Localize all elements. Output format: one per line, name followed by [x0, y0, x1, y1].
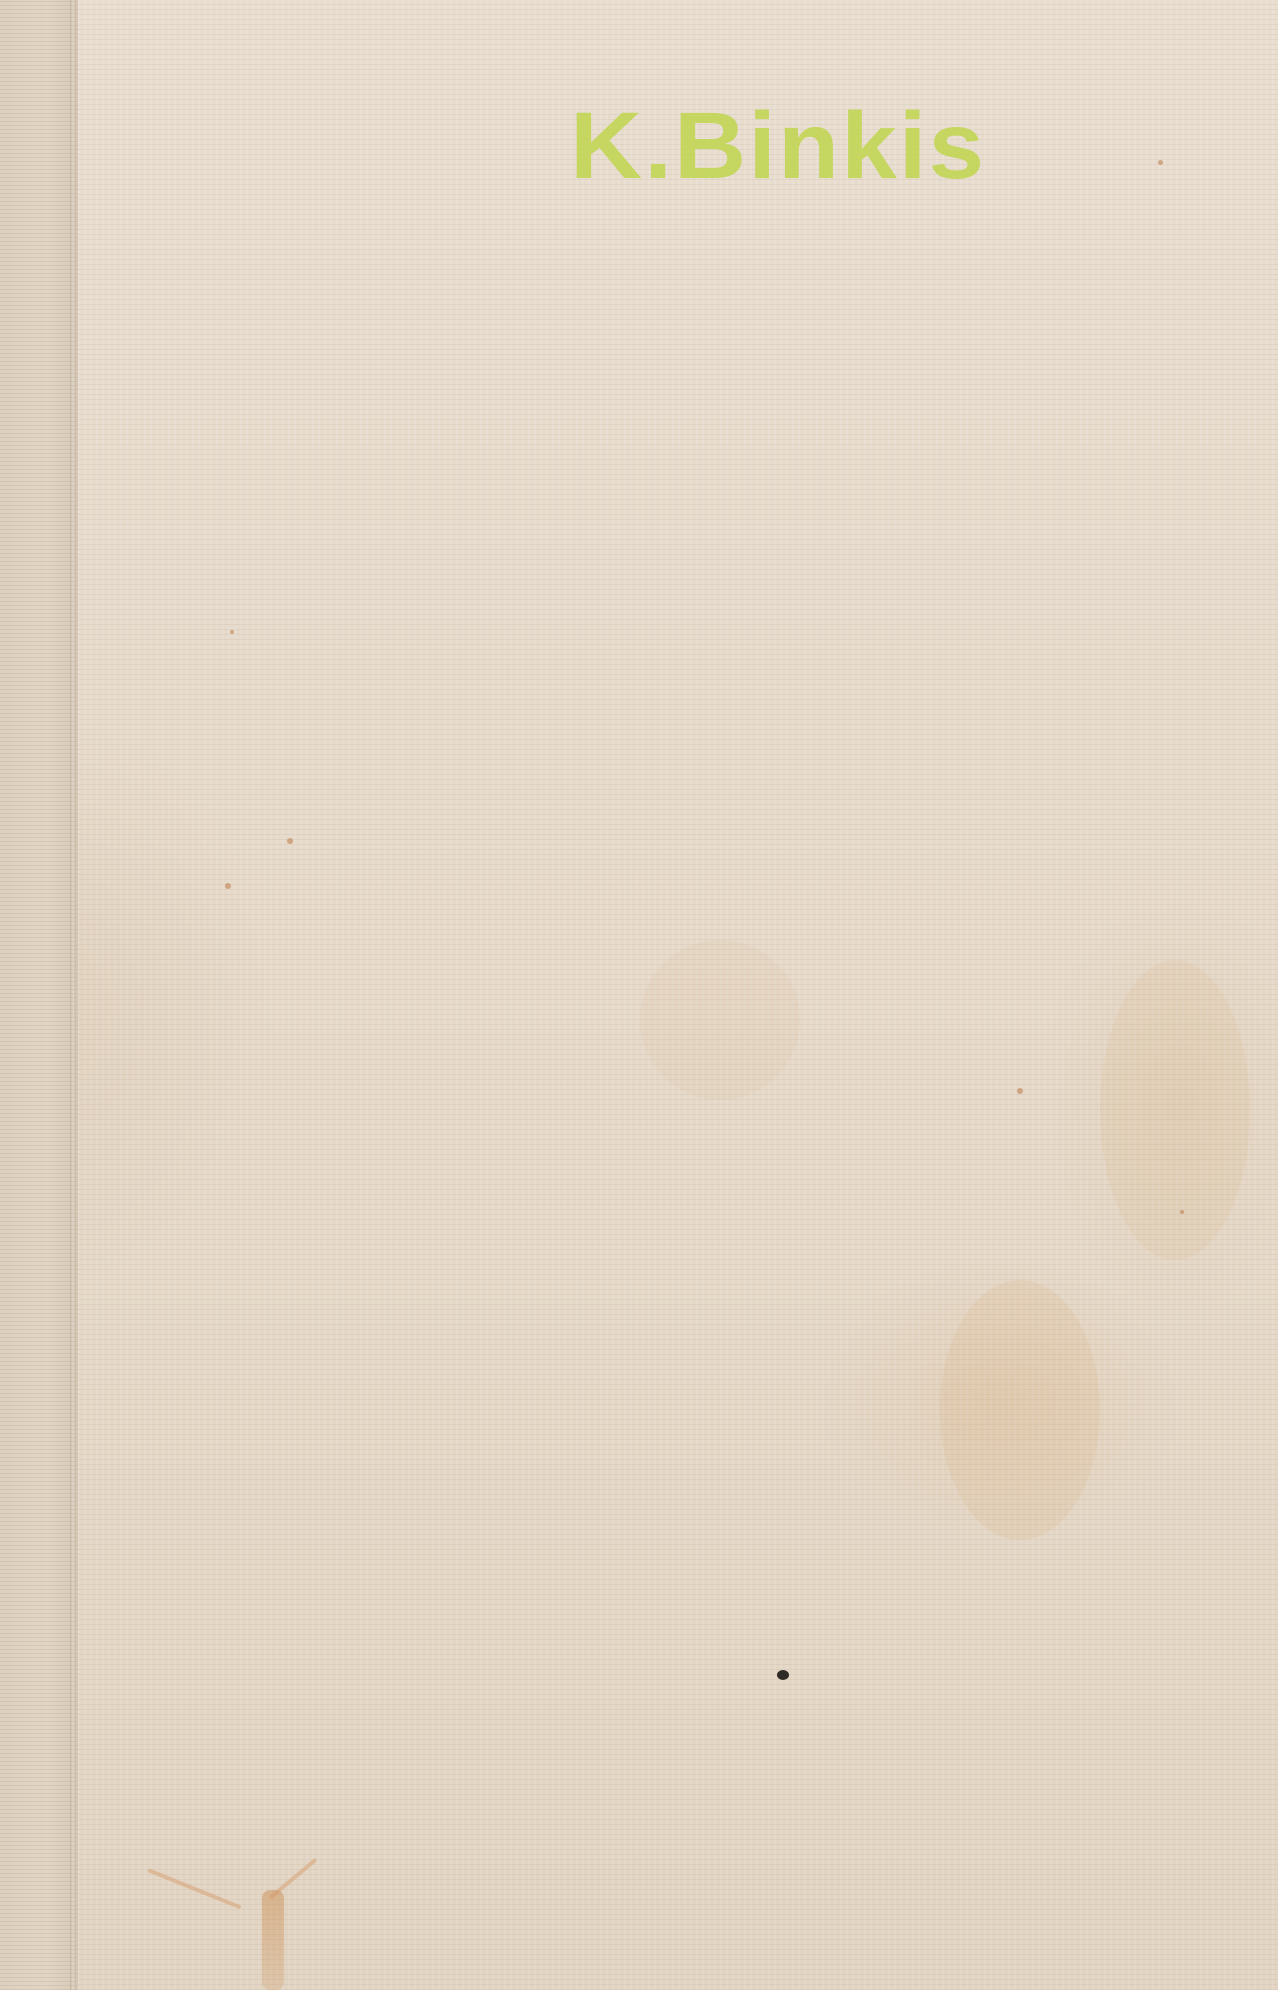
- stain-dot: [225, 883, 231, 889]
- stain-dot: [287, 838, 293, 844]
- rust-stain: [269, 1858, 318, 1900]
- stain-mark: [1100, 960, 1250, 1260]
- stain-dot: [1180, 1210, 1184, 1214]
- spine-hinge-crease: [70, 0, 76, 1990]
- stain-mark: [940, 1280, 1100, 1540]
- author-name-title: K.Binkis: [570, 98, 986, 193]
- rust-stain: [147, 1868, 241, 1909]
- stain-dot: [1017, 1088, 1023, 1094]
- book-cover: K.Binkis: [0, 0, 1278, 1990]
- dark-speck: [777, 1670, 789, 1680]
- rust-stain: [262, 1890, 284, 1990]
- stain-mark: [640, 940, 800, 1100]
- book-spine: [0, 0, 78, 1990]
- stain-dot: [1158, 160, 1163, 165]
- stain-dot: [230, 630, 234, 634]
